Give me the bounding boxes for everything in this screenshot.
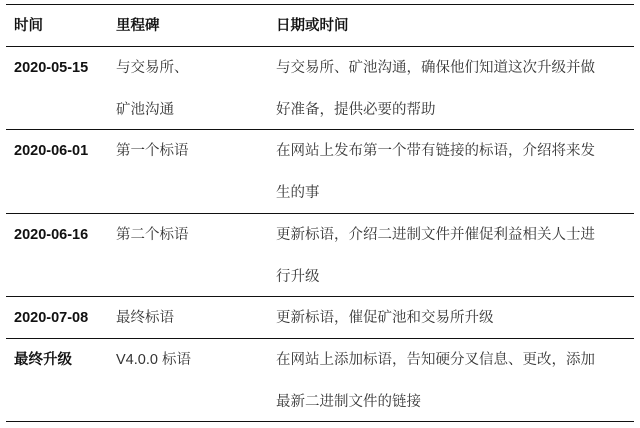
row-detail: 更新标语，介绍二进制文件并催促利益相关人士进 行升级 <box>270 214 634 297</box>
detail-line: 行升级 <box>276 256 632 298</box>
detail-line: 好准备，提供必要的帮助 <box>276 89 632 131</box>
row-detail: 与交易所、矿池沟通，确保他们知道这次升级并做 好准备，提供必要的帮助 <box>270 47 634 130</box>
table-row: 2020-05-15 与交易所、 矿池沟通 与交易所、矿池沟通，确保他们知道这次… <box>6 47 634 131</box>
milestone-line: 矿池沟通 <box>116 89 270 131</box>
detail-line: 在网站上添加标语，告知硬分叉信息、更改，添加 <box>276 339 632 381</box>
milestone-line: 与交易所、 <box>116 47 270 89</box>
milestone-line: 第二个标语 <box>116 214 270 256</box>
detail-line: 更新标语，催促矿池和交易所升级 <box>276 297 632 339</box>
milestone-line: 第一个标语 <box>116 130 270 172</box>
row-milestone: 第二个标语 <box>110 214 270 297</box>
table-row: 2020-07-08 最终标语 更新标语，催促矿池和交易所升级 <box>6 297 634 339</box>
detail-line: 在网站上发布第一个带有链接的标语，介绍将来发 <box>276 130 632 172</box>
detail-line: 更新标语，介绍二进制文件并催促利益相关人士进 <box>276 214 632 256</box>
table-row: 2020-06-01 第一个标语 在网站上发布第一个带有链接的标语，介绍将来发 … <box>6 130 634 214</box>
milestone-table: 时间 里程碑 日期或时间 2020-05-15 与交易所、 矿池沟通 与交易所、… <box>6 4 634 422</box>
row-detail: 更新标语，催促矿池和交易所升级 <box>270 297 634 338</box>
row-time: 2020-07-08 <box>6 297 110 338</box>
header-milestone: 里程碑 <box>110 5 270 46</box>
milestone-line: 最终标语 <box>116 297 270 339</box>
table-header-row: 时间 里程碑 日期或时间 <box>6 5 634 47</box>
detail-line: 最新二进制文件的链接 <box>276 381 632 423</box>
row-milestone: 最终标语 <box>110 297 270 338</box>
milestone-line: V4.0.0 标语 <box>116 339 270 381</box>
row-time: 2020-06-16 <box>6 214 110 297</box>
row-milestone: 第一个标语 <box>110 130 270 213</box>
detail-line: 生的事 <box>276 172 632 214</box>
row-time: 2020-05-15 <box>6 47 110 130</box>
row-detail: 在网站上添加标语，告知硬分叉信息、更改，添加 最新二进制文件的链接 <box>270 339 634 422</box>
row-time: 最终升级 <box>6 339 110 422</box>
detail-line: 与交易所、矿池沟通，确保他们知道这次升级并做 <box>276 47 632 89</box>
row-milestone: V4.0.0 标语 <box>110 339 270 422</box>
table-row: 2020-06-16 第二个标语 更新标语，介绍二进制文件并催促利益相关人士进 … <box>6 214 634 298</box>
header-date-or-time: 日期或时间 <box>270 5 634 46</box>
row-time: 2020-06-01 <box>6 130 110 213</box>
row-detail: 在网站上发布第一个带有链接的标语，介绍将来发 生的事 <box>270 130 634 213</box>
row-milestone: 与交易所、 矿池沟通 <box>110 47 270 130</box>
header-time: 时间 <box>6 5 110 46</box>
table-row: 最终升级 V4.0.0 标语 在网站上添加标语，告知硬分叉信息、更改，添加 最新… <box>6 339 634 423</box>
